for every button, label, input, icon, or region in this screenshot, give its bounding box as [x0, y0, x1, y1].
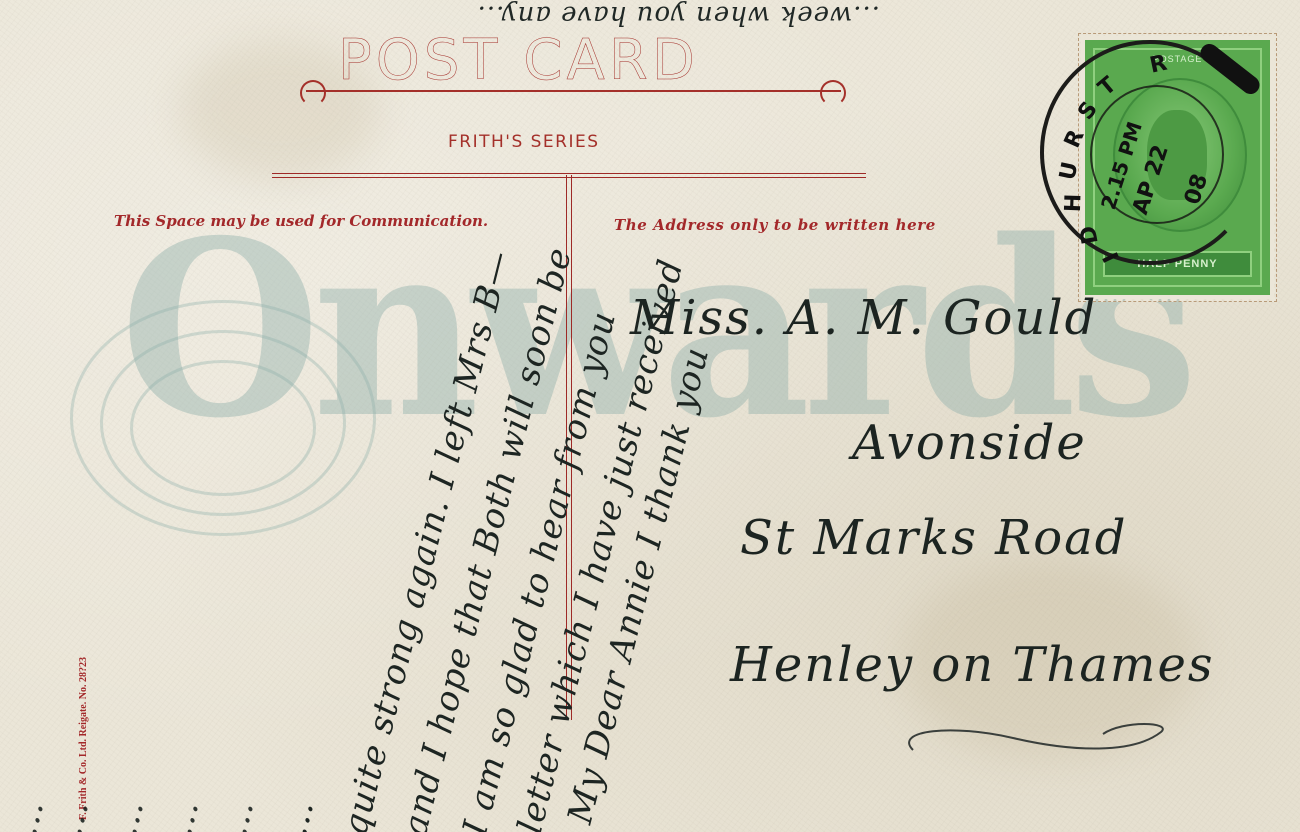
address-label: The Address only to be written here — [614, 216, 936, 234]
message-line: ... — [105, 796, 152, 832]
message-line: ... — [215, 796, 262, 832]
title-flourish-right — [820, 80, 846, 106]
communication-label: This Space may be used for Communication… — [114, 212, 488, 230]
address-street: St Marks Road — [740, 510, 1128, 566]
message-line: ... — [160, 796, 207, 832]
postcard-title: POST CARD — [338, 28, 699, 93]
message-line: ... — [50, 796, 97, 832]
title-flourish-left — [300, 80, 326, 106]
address-recipient: Miss. A. M. Gould — [630, 290, 1097, 346]
title-underline — [306, 90, 841, 92]
address-house: Avonside — [852, 415, 1087, 471]
printer-credit: F. Frith & Co. Ltd. Reigate. No. 28?23 — [78, 657, 89, 820]
series-label: FRITH'S SERIES — [448, 132, 600, 152]
message-line: ... — [5, 796, 52, 832]
address-flourish-icon — [893, 720, 1173, 760]
postmark-letter: H — [1061, 192, 1087, 212]
message-line: ... — [275, 796, 322, 832]
handwritten-crossed-text: ...week when you have any... — [477, 0, 880, 30]
address-town: Henley on Thames — [730, 637, 1214, 693]
postcard-back: Onwards POST CARD FRITH'S SERIES ...week… — [0, 0, 1300, 832]
